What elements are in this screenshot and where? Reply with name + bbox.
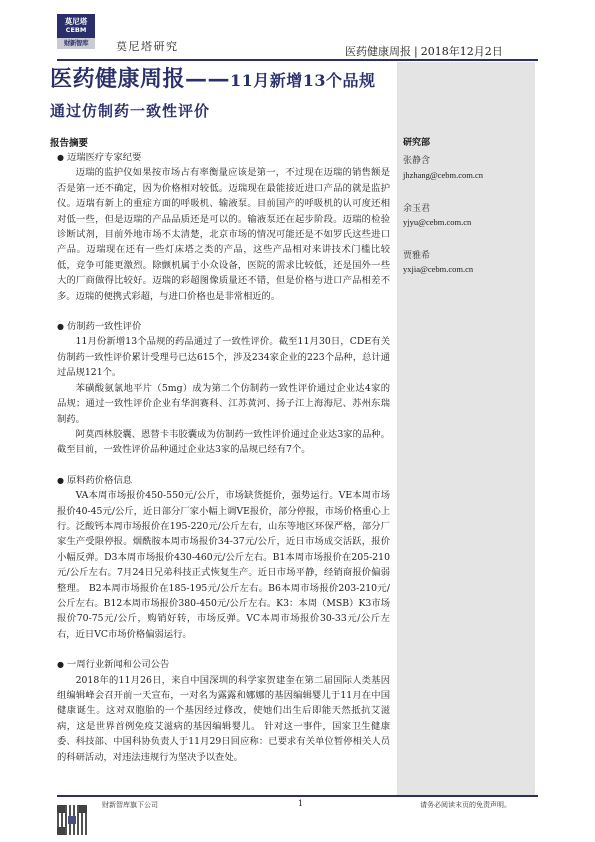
header-separator: | (414, 45, 418, 58)
qr-code-icon (57, 805, 87, 835)
paragraph: 11月份新增13个品规的药品通过了一致性评价。截至11月30日，CDE有关仿制药… (57, 334, 390, 380)
page-number: 1 (298, 799, 303, 808)
abstract-heading: 报告摘要 (50, 135, 88, 149)
abstract-body: 迈瑞医疗专家纪要 迈瑞的监护仪如果按市场占有率衡量应该是第一，不过现在迈瑞的销售… (57, 150, 390, 780)
section-heading: 迈瑞医疗专家纪要 (57, 150, 390, 165)
report-date: 2018年12月2日 (421, 45, 503, 58)
page-subtitle: 通过仿制药一致性评价 (50, 100, 210, 121)
sidebar-dept: 研究部 (403, 135, 430, 148)
section-api-prices: 原料药价格信息 VA本周市场报价450-550元/公斤，市场缺货挺价，强势运行。… (57, 473, 390, 642)
analyst-email[interactable]: jhzhang@cebm.com.cn (403, 170, 483, 180)
brand-name: 莫尼塔研究 (116, 38, 179, 54)
section-heading: 一周行业新闻和公司公告 (57, 657, 390, 672)
page-title: 医药健康周报——11月新增13个品规 (50, 62, 376, 93)
analyst-email[interactable]: yjyu@cebm.com.cn (403, 217, 471, 227)
paragraph: 迈瑞的监护仪如果按市场占有率衡量应该是第一，不过现在迈瑞的销售额是否是第一还不确… (57, 165, 390, 304)
footer-company: 财新智库旗下公司 (102, 800, 158, 810)
paragraph: 2018年的11月26日，来自中国深圳的科学家贺建奎在第二届国际人类基因组编辑峰… (57, 673, 390, 765)
section-generic-drug: 仿制药一致性评价 11月份新增13个品规的药品通过了一致性评价。截至11月30日… (57, 319, 390, 458)
section-industry-news: 一周行业新闻和公司公告 2018年的11月26日，来自中国深圳的科学家贺建奎在第… (57, 657, 390, 765)
logo-band: 财新智库 (57, 38, 95, 49)
section-mindray: 迈瑞医疗专家纪要 迈瑞的监护仪如果按市场占有率衡量应该是第一，不过现在迈瑞的销售… (57, 150, 390, 304)
paragraph: 苯磺酸氨氯地平片（5mg）成为第二个仿制药一致性评价通过企业达4家的品规；通过一… (57, 381, 390, 427)
logo-line1: 莫尼塔 (57, 17, 95, 26)
analyst-email[interactable]: yxjia@cebm.com.cn (403, 264, 473, 274)
paragraph: 阿莫西林胶囊、恩替卡韦胶囊成为仿制药一致性评价通过企业达3家的品种。截至目前，一… (57, 427, 390, 458)
cebm-logo: 莫尼塔 CEBM 财新智库 (57, 14, 95, 49)
paragraph: VA本周市场报价450-550元/公斤，市场缺货挺价，强势运行。VE本周市场报价… (57, 488, 390, 642)
analyst-name: 贾雅希 (403, 248, 430, 261)
section-heading: 原料药价格信息 (57, 473, 390, 488)
title-main: 医药健康周报—— (50, 66, 230, 92)
report-type: 医药健康周报 (345, 45, 411, 58)
footer-rule (57, 795, 538, 797)
logo-line2: CEBM (57, 26, 95, 34)
header-rule (57, 59, 538, 61)
analyst-name: 张静含 (403, 153, 430, 166)
qr-center-logo (68, 816, 76, 824)
section-heading: 仿制药一致性评价 (57, 319, 390, 334)
title-sub: 11月新增13个品规 (230, 71, 376, 90)
footer-disclaimer: 请务必阅读末页的免责声明。 (420, 800, 511, 810)
analyst-name: 余玉君 (403, 201, 430, 214)
header-meta: 医药健康周报|2018年12月2日 (345, 43, 503, 59)
